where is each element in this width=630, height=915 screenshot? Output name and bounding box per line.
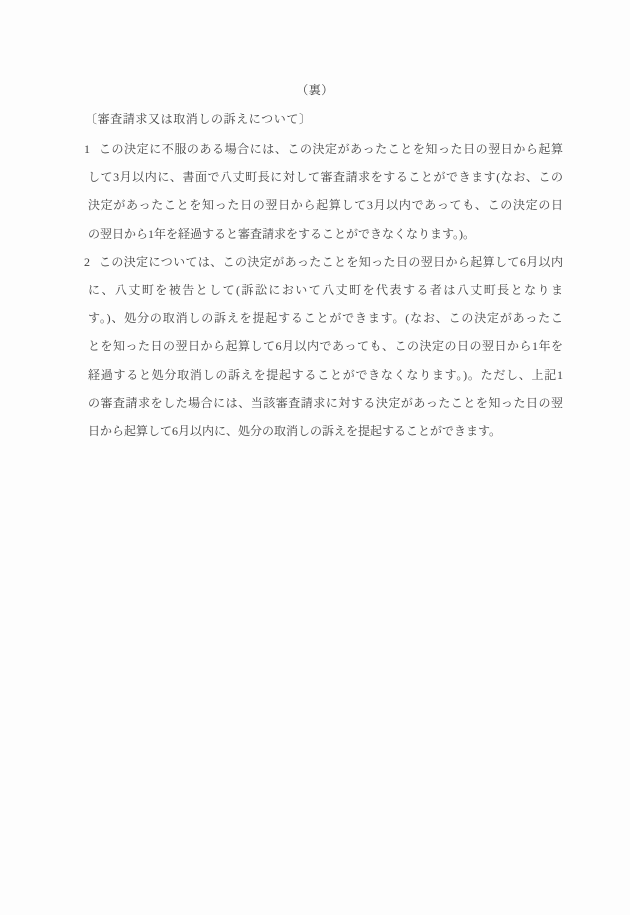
text-line: 決定があったことを知った日の翌日から起算して3月以内であっても、この決定の日	[88, 191, 563, 219]
text-line: の翌日から1年を経過すると審査請求をすることができなくなります。)。	[88, 220, 563, 248]
text-line: に、八丈町を被告として(訴訟において八丈町を代表する者は八丈町長となりま	[88, 276, 563, 304]
paragraph-1-lines: この決定に不服のある場合には、この決定があったことを知った日の翌日から起算 して…	[88, 135, 563, 248]
page-side-label: （裏）	[0, 81, 630, 98]
document-page: （裏） 〔審査請求又は取消しの訴えについて〕 1 この決定に不服のある場合には、…	[0, 0, 630, 915]
section-heading: 〔審査請求又は取消しの訴えについて〕	[85, 110, 312, 127]
text-line: して3月以内に、書面で八丈町長に対して審査請求をすることができます(なお、この	[88, 163, 563, 191]
text-line: す。)、処分の取消しの訴えを提起することができます。(なお、この決定があったこ	[88, 304, 563, 332]
paragraph-item-2: 2 この決定については、この決定があったことを知った日の翌日から起算して6月以内…	[84, 248, 563, 445]
document-body: 1 この決定に不服のある場合には、この決定があったことを知った日の翌日から起算 …	[84, 135, 563, 445]
text-line: 経過すると処分取消しの訴えを提起することができなくなります。)。ただし、上記1	[88, 361, 563, 389]
text-line: この決定については、この決定があったことを知った日の翌日から起算して6月以内	[88, 248, 563, 276]
text-line: この決定に不服のある場合には、この決定があったことを知った日の翌日から起算	[88, 135, 563, 163]
paragraph-2-lines: この決定については、この決定があったことを知った日の翌日から起算して6月以内 に…	[88, 248, 563, 445]
text-line: の審査請求をした場合には、当該審査請求に対する決定があったことを知った日の翌	[88, 389, 563, 417]
item-number-2: 2	[84, 248, 90, 276]
text-line: とを知った日の翌日から起算して6月以内であっても、この決定の日の翌日から1年を	[88, 332, 563, 360]
item-number-1: 1	[84, 135, 90, 163]
paragraph-item-1: 1 この決定に不服のある場合には、この決定があったことを知った日の翌日から起算 …	[84, 135, 563, 248]
text-line: 日から起算して6月以内に、処分の取消しの訴えを提起することができます。	[88, 417, 563, 445]
